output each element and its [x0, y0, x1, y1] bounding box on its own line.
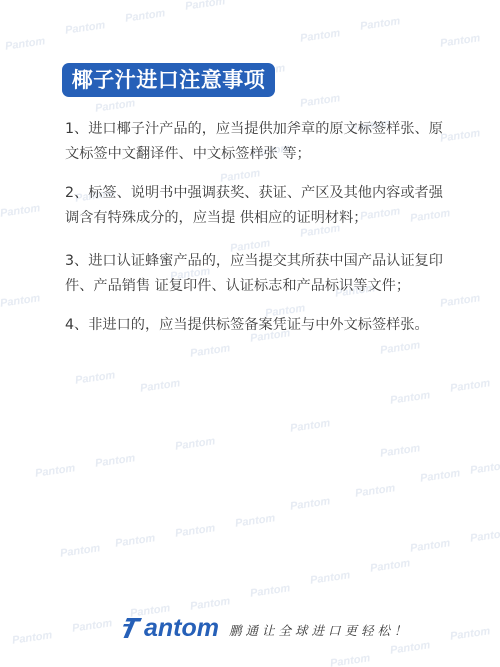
- watermark: Pantom: [189, 342, 231, 359]
- note-paragraph-4: 4、非进口的，应当提供标签备案凭证与中外文标签样张。: [65, 313, 450, 338]
- watermark: Pantom: [299, 92, 341, 109]
- watermark: Pantom: [289, 495, 331, 512]
- pantom-p-logo-icon: [123, 617, 143, 639]
- watermark: Pantom: [64, 19, 106, 36]
- notes-content: 1、进口椰子汁产品的，应当提供加斧章的原文标签样张、原文标签中文翻译件、中文标签…: [65, 117, 450, 338]
- footer-brand: antom 鹏通让全球进口更轻松！: [123, 614, 411, 642]
- watermark: Pantom: [379, 339, 421, 356]
- watermark: Pantom: [94, 97, 136, 114]
- page-title: 椰子汁进口注意事项: [62, 63, 275, 97]
- pantom-logo: antom: [123, 614, 219, 643]
- note-paragraph-1: 1、进口椰子汁产品的，应当提供加斧章的原文标签样张、原文标签中文翻译件、中文标签…: [65, 117, 450, 167]
- watermark: Pantom: [124, 7, 166, 24]
- watermark: Pantom: [469, 459, 500, 476]
- watermark: Pantom: [34, 462, 76, 479]
- watermark: Pantom: [174, 435, 216, 452]
- watermark: Pantom: [409, 537, 451, 554]
- slogan: 鹏通让全球进口更轻松！: [229, 618, 411, 639]
- logo-text: antom: [144, 614, 219, 643]
- watermark: Pantom: [189, 595, 231, 612]
- watermark: Pantom: [469, 527, 500, 544]
- watermark: Pantom: [359, 15, 401, 32]
- watermark: Pantom: [419, 467, 461, 484]
- watermark: Pantom: [354, 482, 396, 499]
- watermark: Pantom: [184, 0, 226, 13]
- watermark: Pantom: [74, 369, 116, 386]
- watermark: Pantom: [329, 652, 371, 667]
- watermark: Pantom: [289, 417, 331, 434]
- watermark: Pantom: [309, 569, 351, 586]
- note-paragraph-2: 2、标签、说明书中强调获奖、获证、产区及其他内容或者强调含有特殊成分的，应当提 …: [65, 181, 450, 231]
- watermark: Pantom: [439, 32, 481, 49]
- watermark: Pantom: [249, 582, 291, 599]
- note-paragraph-3: 3、进口认证蜂蜜产品的，应当提交其所获中国产品认证复印件、产品销售 证复印件、认…: [65, 249, 450, 299]
- watermark: Pantom: [389, 389, 431, 406]
- watermark: Pantom: [234, 512, 276, 529]
- watermark: Pantom: [449, 377, 491, 394]
- watermark: Pantom: [0, 292, 41, 309]
- watermark: Pantom: [71, 617, 113, 634]
- watermark: Pantom: [11, 629, 53, 646]
- watermark: Pantom: [369, 557, 411, 574]
- watermark: Pantom: [299, 27, 341, 44]
- watermark: Pantom: [0, 202, 41, 219]
- watermark: Pantom: [449, 625, 491, 642]
- watermark: Pantom: [59, 542, 101, 559]
- watermark: Pantom: [94, 452, 136, 469]
- watermark: Pantom: [4, 35, 46, 52]
- watermark: Pantom: [379, 442, 421, 459]
- watermark: Pantom: [174, 522, 216, 539]
- watermark: Pantom: [114, 532, 156, 549]
- watermark: Pantom: [139, 377, 181, 394]
